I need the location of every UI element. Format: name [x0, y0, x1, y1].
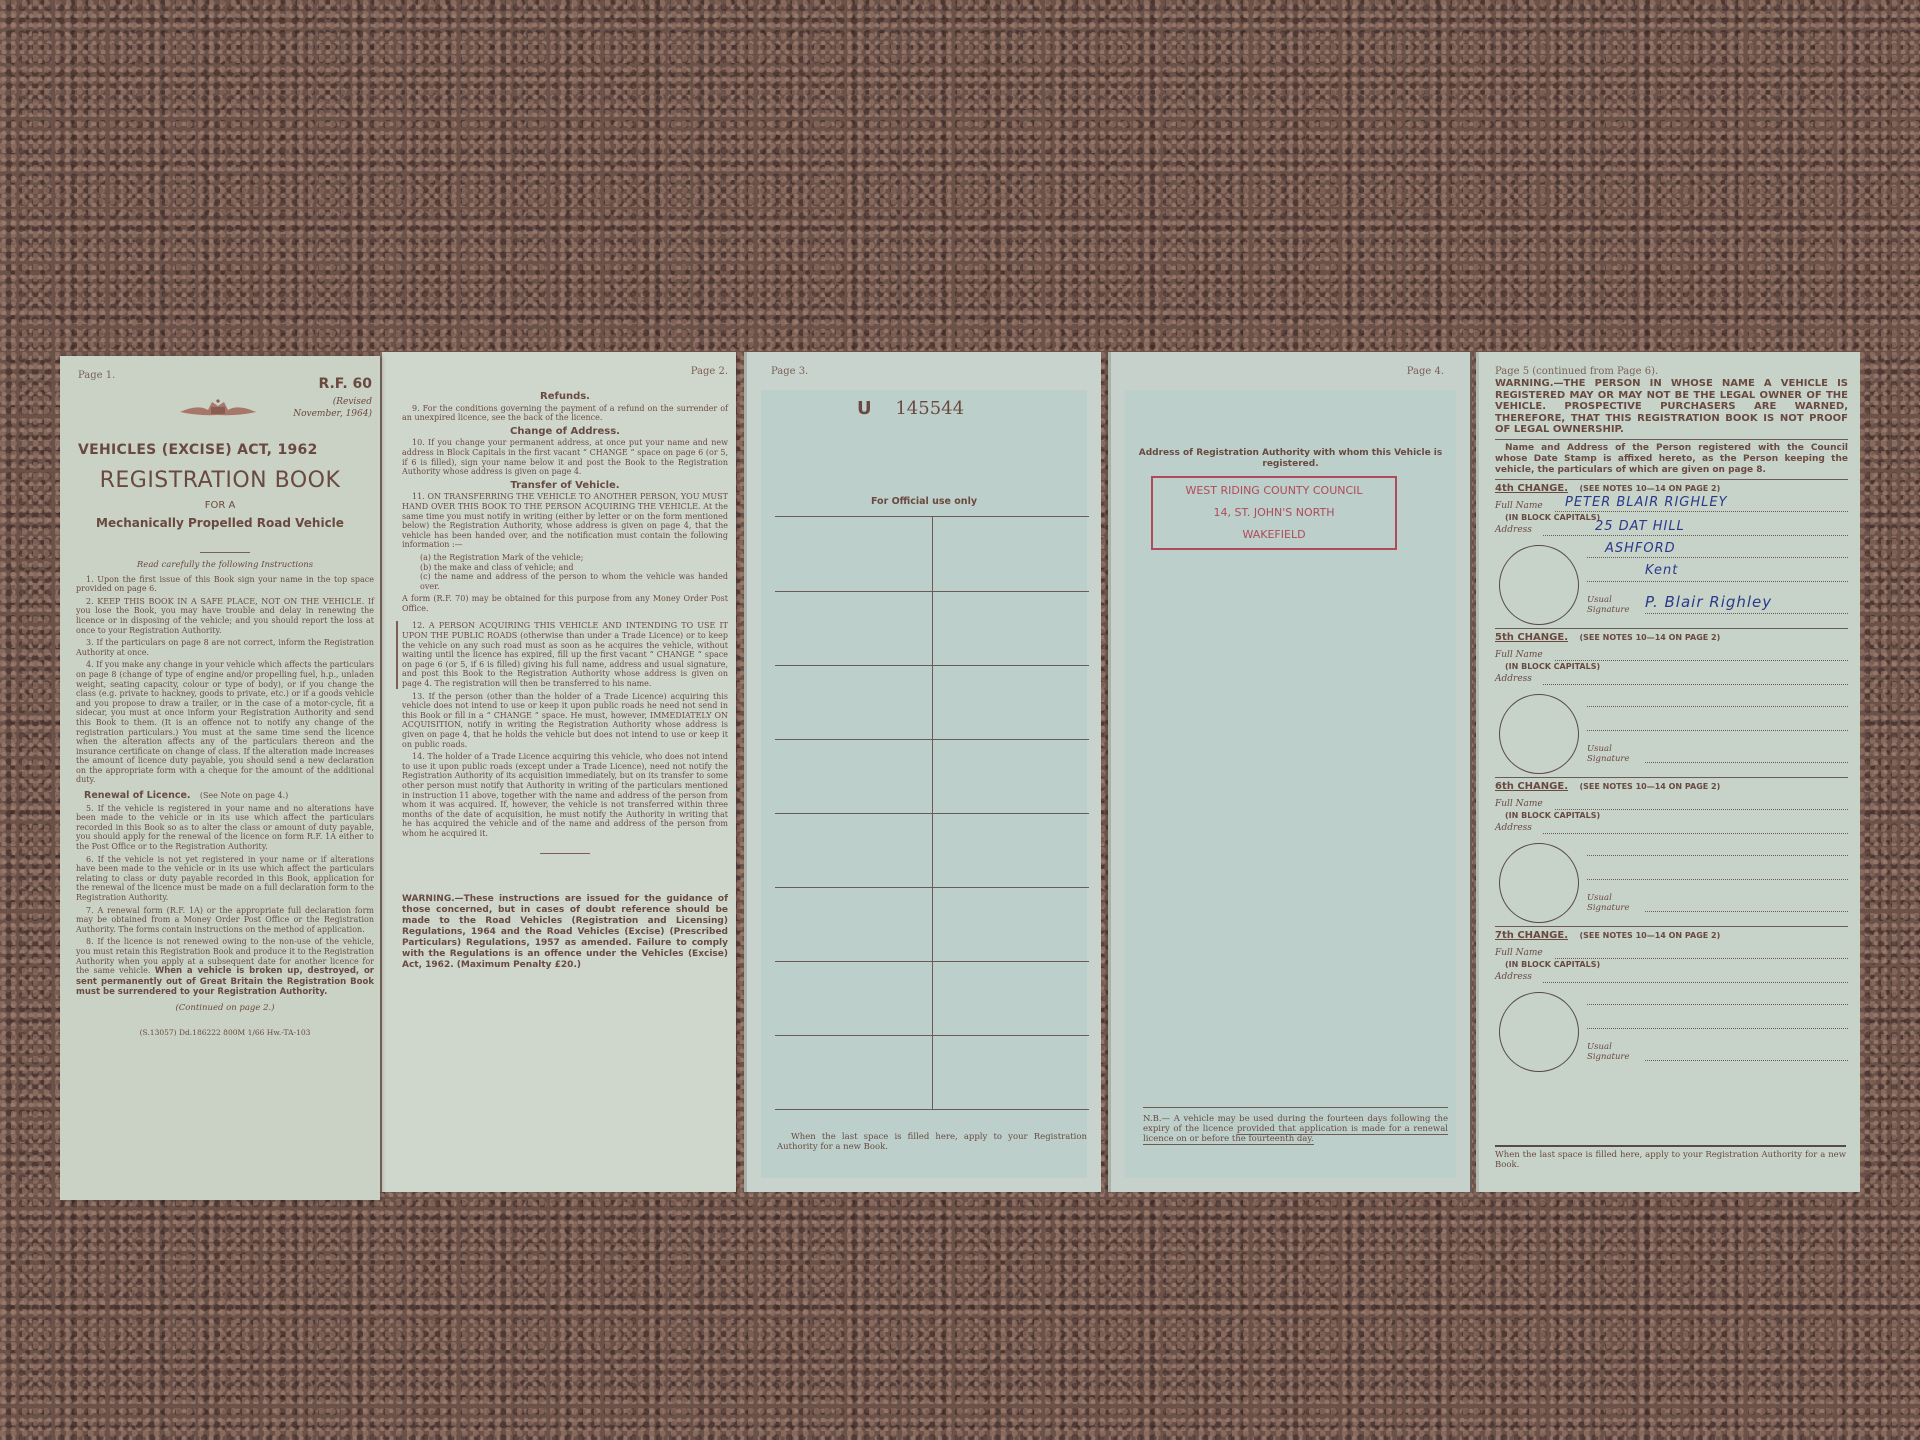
- instruction-2: 2. KEEP THIS BOOK IN A SAFE PLACE, NOT O…: [76, 597, 374, 635]
- divider: [200, 552, 250, 553]
- registration-book-spread: Page 1. R.F. 60 (Revised November, 1964)…: [60, 352, 1860, 1192]
- form-rf70-note: A form (R.F. 70) may be obtained for thi…: [402, 594, 728, 613]
- address-line[interactable]: [1587, 706, 1848, 707]
- address-label: Address: [1495, 823, 1532, 833]
- page-label: Page 4.: [1407, 366, 1444, 377]
- serial-number: U 145544: [857, 398, 964, 419]
- address-line[interactable]: [1587, 1028, 1848, 1029]
- address-label: Address: [1495, 674, 1532, 684]
- instruction-14: 14. The holder of a Trade Licence acquir…: [402, 752, 728, 838]
- change-label: 7th CHANGE.: [1495, 930, 1568, 941]
- transfer-list-item: (a) the Registration Mark of the vehicle…: [420, 553, 728, 563]
- block-capitals-label: (IN BLOCK CAPITALS): [1505, 960, 1600, 969]
- date-stamp-circle: [1499, 545, 1579, 625]
- page-label: Page 3.: [771, 366, 808, 377]
- address-line[interactable]: [1543, 684, 1848, 685]
- address-line[interactable]: [1587, 730, 1848, 731]
- address-line[interactable]: [1587, 581, 1848, 582]
- revised-label: (Revised: [293, 396, 372, 408]
- address-line[interactable]: [1543, 833, 1848, 834]
- ownership-warning: WARNING.—THE PERSON IN WHOSE NAME A VEHI…: [1495, 378, 1848, 440]
- page-5-body: WARNING.—THE PERSON IN WHOSE NAME A VEHI…: [1495, 378, 1848, 1075]
- signature-handwritten: P. Blair Righley: [1645, 593, 1772, 611]
- address-line[interactable]: [1587, 855, 1848, 856]
- usual-signature-label: Usual Signature: [1587, 1042, 1630, 1062]
- block-capitals-label: (IN BLOCK CAPITALS): [1505, 513, 1600, 522]
- page-2-body: Refunds. 9. For the conditions governing…: [402, 388, 728, 971]
- serial-prefix: U: [857, 398, 872, 419]
- change-heading: 7th CHANGE. (SEE NOTES 10—14 ON PAGE 2): [1495, 930, 1848, 941]
- book-subtitle: Mechanically Propelled Road Vehicle: [60, 516, 380, 530]
- authority-address-label: Address of Registration Authority with w…: [1131, 448, 1450, 470]
- change-of-address-heading: Change of Address.: [402, 427, 728, 437]
- notes-reference: (SEE NOTES 10—14 ON PAGE 2): [1579, 782, 1720, 791]
- grid-line: [775, 887, 1089, 888]
- address-handwritten-3: Kent: [1645, 563, 1678, 578]
- signature-label: Signature: [1587, 903, 1630, 913]
- nb-note: N.B.— A vehicle may be used during the f…: [1143, 1107, 1448, 1144]
- change-label: 4th CHANGE.: [1495, 483, 1568, 494]
- signature-line[interactable]: [1645, 1060, 1848, 1061]
- address-line[interactable]: [1587, 557, 1848, 558]
- signature-line[interactable]: [1645, 613, 1848, 614]
- usual-label: Usual: [1587, 595, 1630, 605]
- instruction-8: 8. If the licence is not renewed owing t…: [76, 937, 374, 998]
- address-handwritten-2: ASHFORD: [1605, 541, 1676, 556]
- grid-line: [775, 665, 1089, 666]
- read-carefully-heading: Read carefully the following Instruction…: [76, 561, 374, 571]
- instruction-6: 6. If the vehicle is not yet registered …: [76, 855, 374, 903]
- signature-label: Signature: [1587, 605, 1630, 615]
- date-stamp-circle: [1499, 992, 1579, 1072]
- instruction-10: 10. If you change your permanent address…: [402, 438, 728, 476]
- serial-digits: 145544: [895, 398, 964, 419]
- block-capitals-label: (IN BLOCK CAPITALS): [1505, 662, 1600, 671]
- book-title: REGISTRATION BOOK: [60, 468, 380, 493]
- transfer-list-item: (b) the make and class of vehicle; and: [420, 563, 728, 573]
- change-block-5th: 5th CHANGE. (SEE NOTES 10—14 ON PAGE 2) …: [1495, 632, 1848, 778]
- stamp-line: WAKEFIELD: [1153, 524, 1395, 546]
- instructions-body: Read carefully the following Instruction…: [76, 552, 374, 1037]
- usual-label: Usual: [1587, 744, 1630, 754]
- change-block-7th: 7th CHANGE. (SEE NOTES 10—14 ON PAGE 2) …: [1495, 930, 1848, 1075]
- page-2: Page 2. Refunds. 9. For the conditions g…: [380, 352, 736, 1192]
- full-name-line[interactable]: [1555, 809, 1848, 810]
- grid-line: [775, 961, 1089, 962]
- page-label: Page 1.: [78, 370, 115, 381]
- instruction-5: 5. If the vehicle is registered in your …: [76, 804, 374, 852]
- for-a-label: FOR A: [60, 500, 380, 511]
- full-name-line[interactable]: [1555, 511, 1848, 512]
- change-heading: 6th CHANGE. (SEE NOTES 10—14 ON PAGE 2): [1495, 781, 1848, 792]
- instruction-7: 7. A renewal form (R.F. 1A) or the appro…: [76, 906, 374, 935]
- signature-line[interactable]: [1645, 762, 1848, 763]
- full-name-label: Full Name: [1495, 948, 1543, 958]
- change-block-6th: 6th CHANGE. (SEE NOTES 10—14 ON PAGE 2) …: [1495, 781, 1848, 927]
- notes-reference: (SEE NOTES 10—14 ON PAGE 2): [1579, 484, 1720, 493]
- usual-label: Usual: [1587, 893, 1630, 903]
- change-heading: 5th CHANGE. (SEE NOTES 10—14 ON PAGE 2): [1495, 632, 1848, 643]
- revised-date-value: November, 1964): [293, 408, 372, 420]
- renewal-note: (See Note on page 4.): [200, 791, 288, 800]
- instruction-13: 13. If the person (other than the holder…: [402, 692, 728, 750]
- change-label: 6th CHANGE.: [1495, 781, 1568, 792]
- council-stamp: WEST RIDING COUNTY COUNCIL 14, ST. JOHN'…: [1151, 476, 1397, 550]
- full-name-label: Full Name: [1495, 799, 1543, 809]
- instruction-1: 1. Upon the first issue of this Book sig…: [76, 575, 374, 594]
- usual-signature-label: Usual Signature: [1587, 595, 1630, 615]
- stamp-line: WEST RIDING COUNTY COUNCIL: [1153, 480, 1395, 502]
- new-book-note: When the last space is filled here, appl…: [777, 1132, 1087, 1152]
- stamp-line: 14, ST. JOHN'S NORTH: [1153, 502, 1395, 524]
- grid-line: [775, 1035, 1089, 1036]
- signature-label: Signature: [1587, 754, 1630, 764]
- nb-prefix: N.B.—: [1143, 1114, 1170, 1124]
- royal-crown-crest-icon: [178, 398, 258, 418]
- grid-line: [775, 591, 1089, 592]
- transfer-list: (a) the Registration Mark of the vehicle…: [420, 553, 728, 591]
- block-capitals-label: (IN BLOCK CAPITALS): [1505, 811, 1600, 820]
- registered-person-intro: Name and Address of the Person registere…: [1495, 443, 1848, 480]
- renewal-heading-text: Renewal of Licence.: [84, 790, 191, 801]
- form-code: R.F. 60: [318, 376, 372, 392]
- signature-label: Signature: [1587, 1052, 1630, 1062]
- divider: [540, 853, 590, 854]
- date-stamp-circle: [1499, 694, 1579, 774]
- page-label: Page 2.: [691, 366, 728, 377]
- refunds-heading: Refunds.: [402, 392, 728, 402]
- date-stamp-circle: [1499, 843, 1579, 923]
- revision-date: (Revised November, 1964): [293, 396, 372, 420]
- address-line[interactable]: [1543, 982, 1848, 983]
- usual-signature-label: Usual Signature: [1587, 744, 1630, 764]
- page-5: Page 5 (continued from Page 6). WARNING.…: [1476, 352, 1860, 1192]
- full-name-label: Full Name: [1495, 501, 1543, 511]
- official-use-grid: [775, 516, 1089, 1110]
- address-line[interactable]: [1543, 535, 1848, 536]
- page-3: Page 3. U 145544 For Official use only W…: [744, 352, 1101, 1192]
- instruction-11: 11. ON TRANSFERRING THE VEHICLE TO ANOTH…: [402, 492, 728, 550]
- act-title: VEHICLES (EXCISE) ACT, 1962: [78, 442, 376, 458]
- address-line[interactable]: [1587, 879, 1848, 880]
- address-label: Address: [1495, 525, 1532, 535]
- page-1: Page 1. R.F. 60 (Revised November, 1964)…: [60, 356, 380, 1200]
- usual-signature-label: Usual Signature: [1587, 893, 1630, 913]
- renewal-heading: Renewal of Licence. (See Note on page 4.…: [84, 791, 374, 801]
- instruction-3: 3. If the particulars on page 8 are not …: [76, 638, 374, 657]
- full-name-label: Full Name: [1495, 650, 1543, 660]
- instruction-9: 9. For the conditions governing the paym…: [402, 404, 728, 423]
- page-4: Page 4. Address of Registration Authorit…: [1108, 352, 1472, 1192]
- address-handwritten-1: 25 DAT HILL: [1595, 519, 1685, 534]
- grid-line: [775, 813, 1089, 814]
- signature-line[interactable]: [1645, 911, 1848, 912]
- grid-line: [775, 739, 1089, 740]
- full-name-line[interactable]: [1555, 958, 1848, 959]
- transfer-heading: Transfer of Vehicle.: [402, 481, 728, 491]
- address-line[interactable]: [1587, 1004, 1848, 1005]
- transfer-list-item: (c) the name and address of the person t…: [420, 572, 728, 591]
- usual-label: Usual: [1587, 1042, 1630, 1052]
- instruction-4: 4. If you make any change in your vehicl…: [76, 660, 374, 785]
- page-label: Page 5 (continued from Page 6).: [1495, 366, 1658, 377]
- address-label: Address: [1495, 972, 1532, 982]
- change-block-4th: 4th CHANGE. (SEE NOTES 10—14 ON PAGE 2) …: [1495, 483, 1848, 629]
- new-book-note: When the last space is filled here, appl…: [1495, 1145, 1846, 1170]
- notes-reference: (SEE NOTES 10—14 ON PAGE 2): [1579, 931, 1720, 940]
- full-name-line[interactable]: [1555, 660, 1848, 661]
- change-heading: 4th CHANGE. (SEE NOTES 10—14 ON PAGE 2): [1495, 483, 1848, 494]
- instruction-12: 12. A PERSON ACQUIRING THIS VEHICLE AND …: [396, 621, 728, 688]
- continued-note: (Continued on page 2.): [76, 1004, 374, 1014]
- change-label: 5th CHANGE.: [1495, 632, 1568, 643]
- warning-notice: WARNING.—These instructions are issued f…: [402, 894, 728, 971]
- full-name-handwritten: PETER BLAIR RIGHLEY: [1565, 495, 1728, 510]
- official-use-heading: For Official use only: [747, 496, 1101, 507]
- print-reference: (S.13057) Dd.186222 800M 1/66 Hw.-TA-103: [76, 1028, 374, 1038]
- notes-reference: (SEE NOTES 10—14 ON PAGE 2): [1579, 633, 1720, 642]
